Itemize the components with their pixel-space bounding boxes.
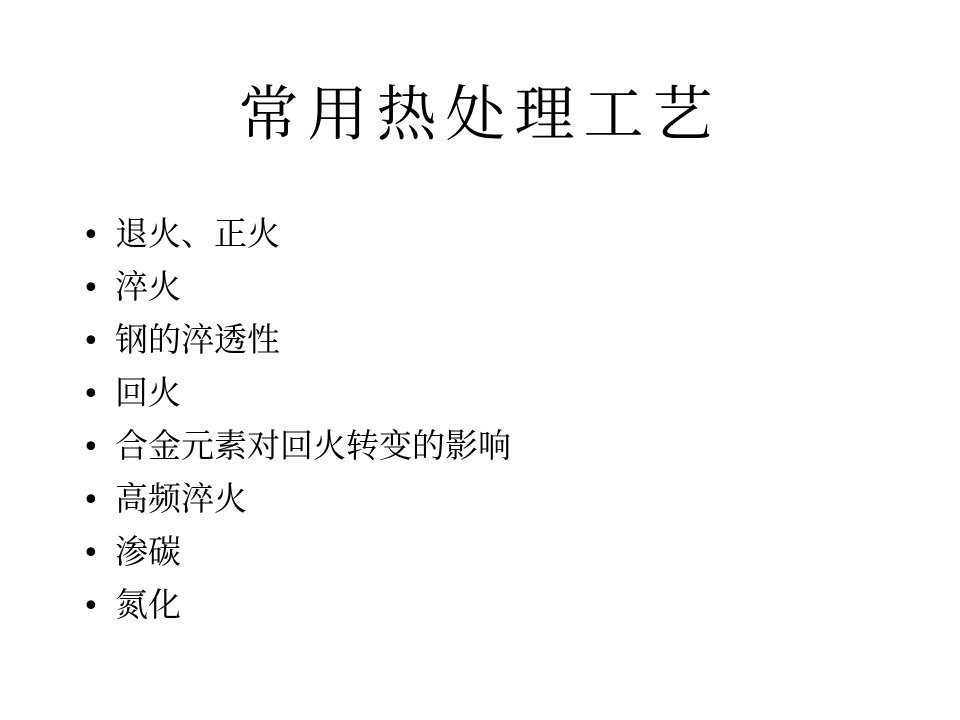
bullet-item: • 合金元素对回火转变的影响 [80, 421, 920, 474]
bullet-text: 钢的淬透性 [115, 315, 280, 368]
bullet-list: • 退火、正火 • 淬火 • 钢的淬透性 • 回火 • 合金元素对回火转变的影响… [80, 209, 920, 633]
presentation-slide: 常用热处理工艺 • 退火、正火 • 淬火 • 钢的淬透性 • 回火 • 合金元素… [0, 0, 960, 720]
bullet-icon: • [80, 368, 115, 421]
bullet-icon: • [80, 315, 115, 368]
bullet-icon: • [80, 209, 115, 262]
bullet-icon: • [80, 421, 115, 474]
bullet-text: 高频淬火 [115, 474, 247, 527]
bullet-text: 氮化 [115, 580, 181, 633]
bullet-item: • 氮化 [80, 580, 920, 633]
bullet-icon: • [80, 474, 115, 527]
bullet-text: 渗碳 [115, 527, 181, 580]
bullet-text: 回火 [115, 368, 181, 421]
bullet-item: • 退火、正火 [80, 209, 920, 262]
bullet-item: • 渗碳 [80, 527, 920, 580]
slide-title: 常用热处理工艺 [0, 78, 960, 153]
bullet-text: 淬火 [115, 262, 181, 315]
bullet-item: • 回火 [80, 368, 920, 421]
bullet-item: • 高频淬火 [80, 474, 920, 527]
bullet-icon: • [80, 262, 115, 315]
bullet-item: • 淬火 [80, 262, 920, 315]
bullet-icon: • [80, 580, 115, 633]
bullet-icon: • [80, 527, 115, 580]
bullet-text: 退火、正火 [115, 209, 280, 262]
bullet-text: 合金元素对回火转变的影响 [115, 421, 511, 474]
bullet-item: • 钢的淬透性 [80, 315, 920, 368]
